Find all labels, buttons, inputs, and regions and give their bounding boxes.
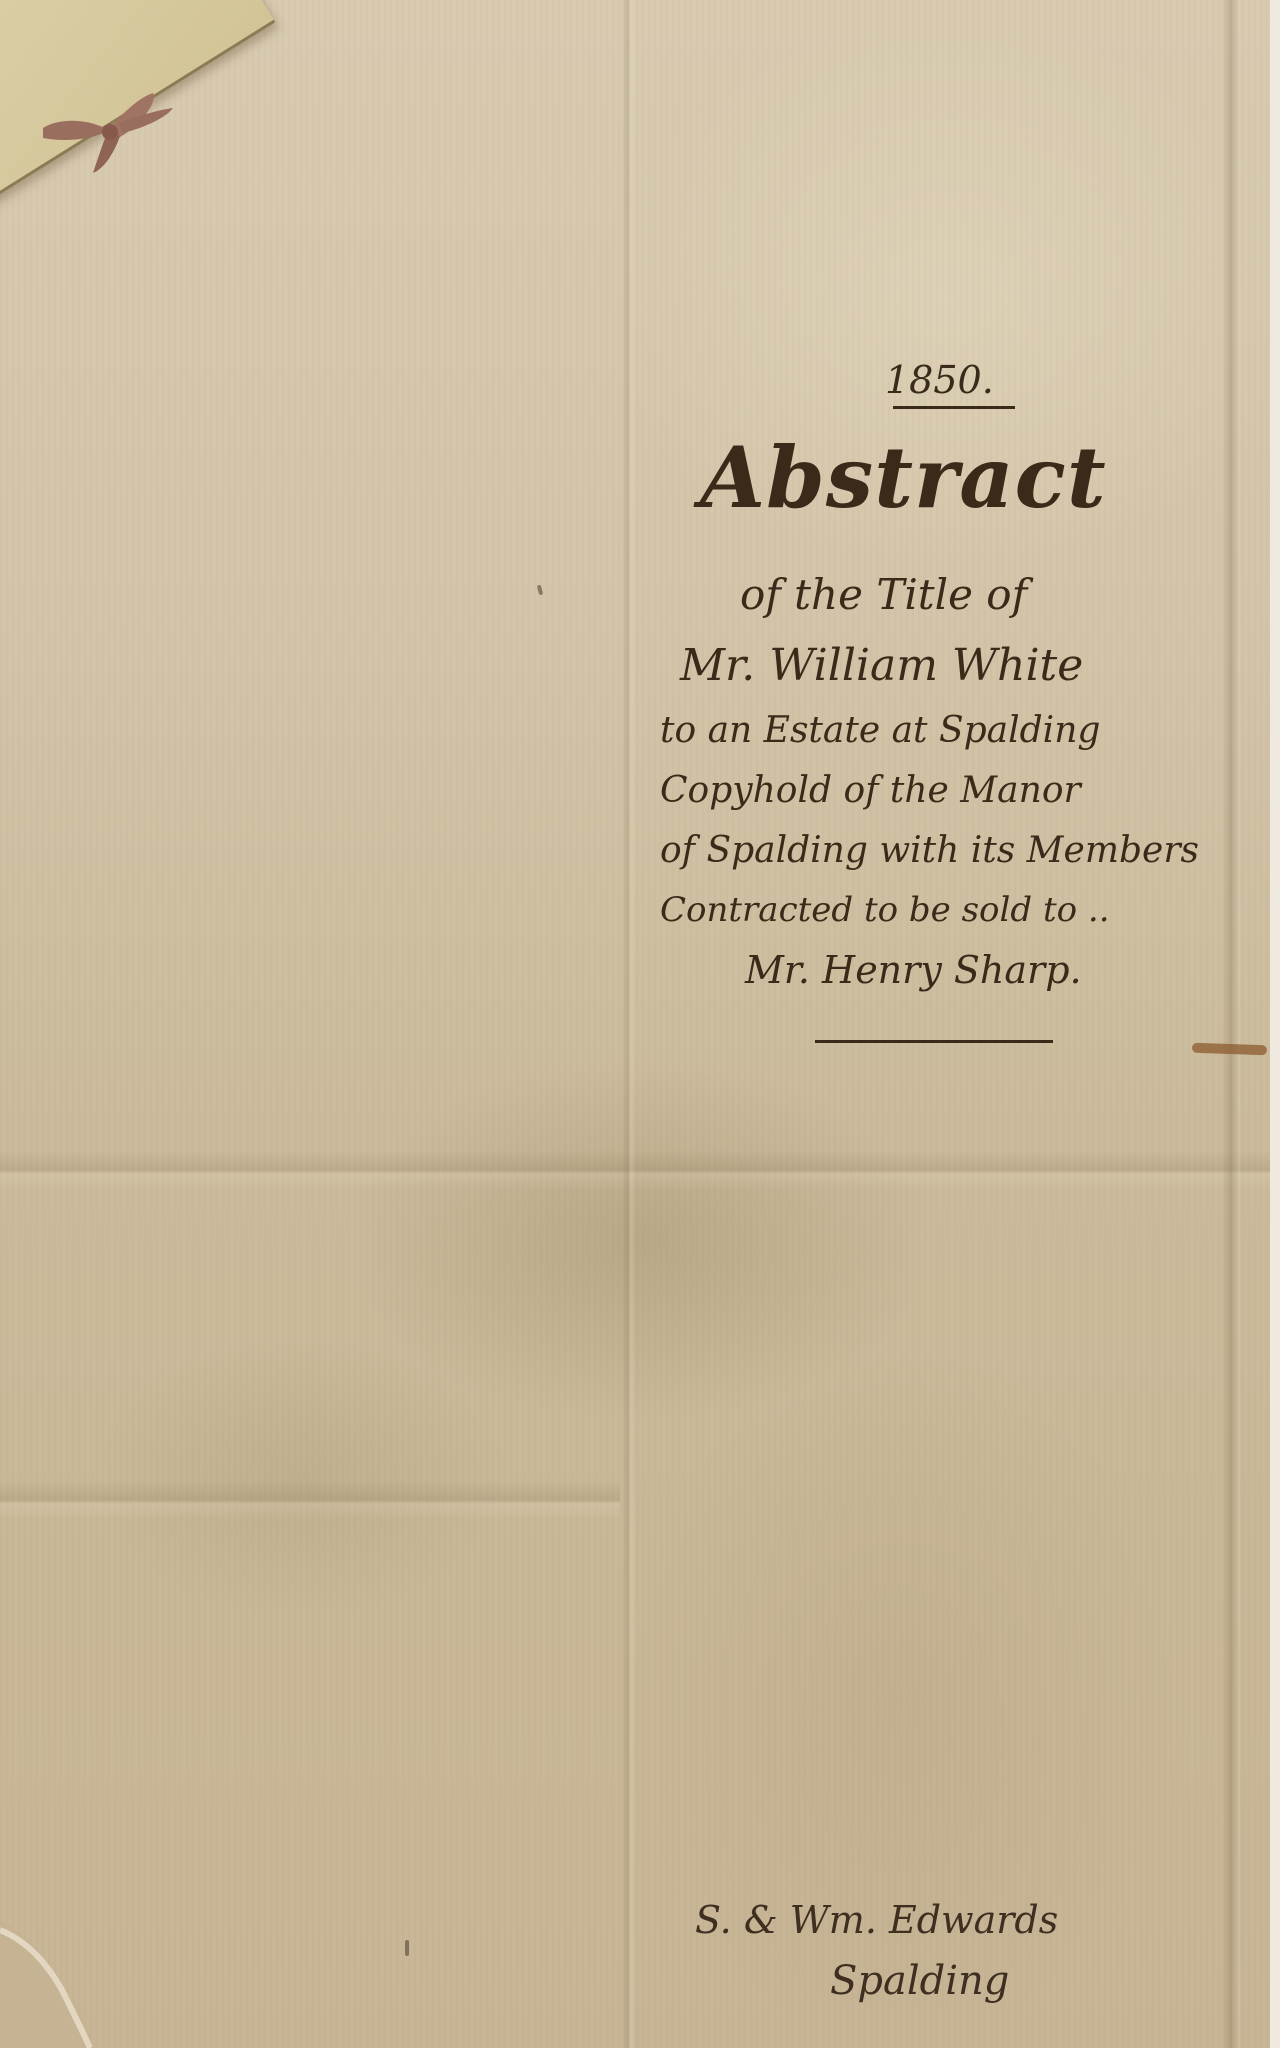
text-line: Mr. William White	[680, 640, 1083, 691]
text-line: of Spalding with its Members	[660, 830, 1199, 871]
horizontal-crease	[0, 1480, 620, 1520]
right-fold	[1222, 0, 1240, 2048]
signature-name: S. & Wm. Edwards	[695, 1898, 1058, 1942]
text-line: of the Title of	[740, 570, 1027, 619]
document-title: Abstract	[700, 428, 1107, 527]
closing-rule	[815, 1040, 1053, 1043]
ribbon-bow-icon	[38, 88, 178, 178]
year: 1850.	[885, 358, 994, 402]
text-line: Contracted to be sold to ..	[660, 890, 1110, 930]
signature-place: Spalding	[830, 1958, 1009, 2004]
year-underline	[893, 406, 1015, 409]
paper-edge	[1270, 0, 1280, 2048]
text-line: Mr. Henry Sharp.	[745, 948, 1082, 992]
torn-corner	[0, 1920, 110, 2048]
text-line: Copyhold of the Manor	[660, 770, 1081, 811]
ink-speck	[405, 1940, 409, 1956]
text-line: to an Estate at Spalding	[660, 710, 1100, 751]
center-fold	[622, 0, 636, 2048]
